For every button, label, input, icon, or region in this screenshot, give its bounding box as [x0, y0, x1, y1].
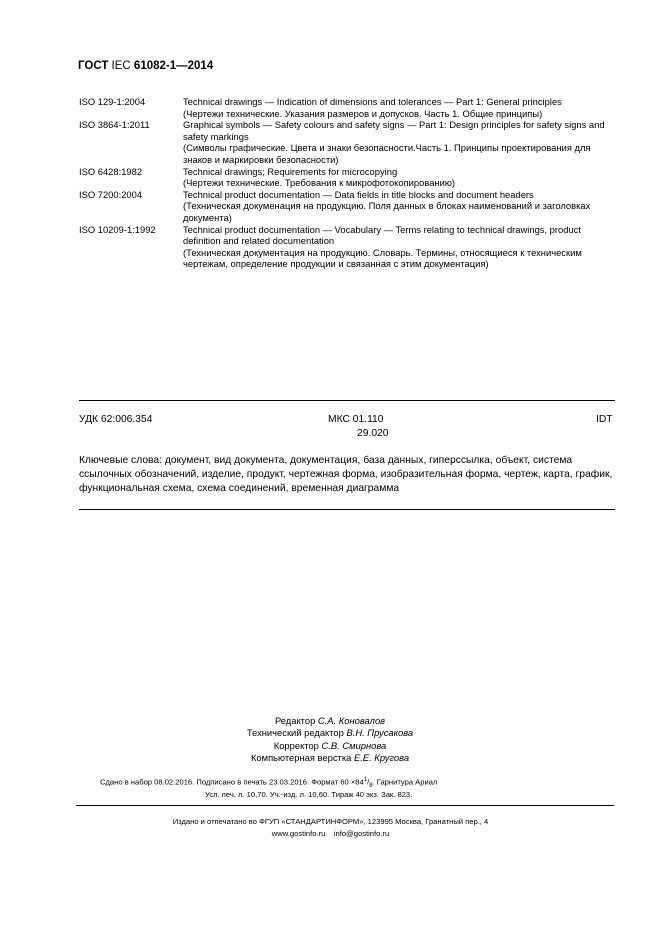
reference-row: ISO 3864-1:2011Graphical symbols — Safet…	[79, 119, 619, 165]
print-info-line1: Сдано в набор 08.02.2016. Подписано в пе…	[100, 777, 620, 789]
print-info-line2: Усл. печ. л. 10,70. Уч.-изд. л. 10,60. Т…	[205, 790, 412, 799]
credit-role: Редактор	[275, 715, 318, 726]
reference-title-en: Technical product documentation — Data f…	[183, 189, 619, 201]
reference-title-ru: (Техническая докуменация на продукцию. П…	[183, 200, 619, 223]
reference-title: Technical drawings — Indication of dimen…	[183, 96, 619, 119]
udk-code: УДК 62:006.354	[79, 414, 152, 425]
reference-code: ISO 10209-1:1992	[79, 224, 183, 270]
reference-row: ISO 7200:2004Technical product documenta…	[79, 189, 619, 224]
document-header: ГОСТ IEC 61082-1—2014	[78, 60, 213, 72]
reference-title: Technical product documentation — Vocabu…	[183, 224, 619, 270]
mks-code: МКС 01.110	[328, 414, 384, 425]
reference-title-en: Technical drawings — Indication of dimen…	[183, 96, 619, 108]
print-info-text: Сдано в набор 08.02.2016. Подписано в пе…	[100, 778, 364, 787]
reference-title-en: Technical product documentation — Vocabu…	[183, 224, 619, 247]
credit-role: Технический редактор	[247, 727, 347, 738]
normative-references: ISO 129-1:2004Technical drawings — Indic…	[79, 96, 619, 270]
reference-code: ISO 6428:1982	[79, 166, 183, 189]
reference-code: ISO 3864-1:2011	[79, 119, 183, 165]
credits: Редактор С.А. КоноваловТехнический редак…	[200, 715, 460, 764]
reference-title: Technical drawings; Requirements for mic…	[183, 166, 619, 189]
reference-title-ru: (Символы графические. Цвета и знаки безо…	[183, 142, 619, 165]
header-prefix: ГОСТ	[78, 60, 108, 72]
credit-name: С.В. Смирнова	[322, 740, 387, 751]
credit-line: Технический редактор В.Н. Прусакова	[200, 727, 460, 739]
divider-bottom	[76, 805, 614, 806]
keywords: Ключевые слова: документ, вид документа,…	[79, 454, 619, 497]
reference-row: ISO 6428:1982Technical drawings; Require…	[79, 166, 619, 189]
reference-row: ISO 10209-1:1992Technical product docume…	[79, 224, 619, 270]
reference-row: ISO 129-1:2004Technical drawings — Indic…	[79, 96, 619, 119]
divider-keywords	[79, 509, 615, 510]
credit-line: Компьютерная верстка Е.Е. Кругова	[200, 752, 460, 764]
reference-title-ru: (Техническая документация на продукцию. …	[183, 247, 619, 270]
format-sup: 1	[364, 777, 367, 783]
credit-role: Компьютерная верстка	[251, 752, 354, 763]
publisher-email[interactable]: info@gostinfo.ru	[334, 829, 389, 838]
header-number: 61082-1—2014	[134, 60, 213, 72]
mks-code-second: 29.020	[357, 428, 389, 439]
reference-title-ru: (Чертежи технические. Требования к микро…	[183, 177, 619, 189]
credit-name: С.А. Коновалов	[318, 715, 385, 726]
reference-code: ISO 7200:2004	[79, 189, 183, 224]
publisher-contacts: www.gostinfo.ru info@gostinfo.ru	[0, 829, 661, 838]
credit-line: Корректор С.В. Смирнова	[200, 740, 460, 752]
reference-code: ISO 129-1:2004	[79, 96, 183, 119]
publisher-website[interactable]: www.gostinfo.ru	[272, 829, 326, 838]
print-info-tail: . Гарнитура Ариал	[373, 778, 438, 787]
credit-line: Редактор С.А. Коновалов	[200, 715, 460, 727]
credit-role: Корректор	[274, 740, 322, 751]
reference-title: Graphical symbols — Safety colours and s…	[183, 119, 619, 165]
header-middle: IEC	[108, 60, 134, 72]
publisher-address: Издано и отпечатано во ФГУП «СТАНДАРТИНФ…	[0, 817, 661, 826]
reference-title-en: Technical drawings; Requirements for mic…	[183, 166, 619, 178]
credit-name: В.Н. Прусакова	[346, 727, 413, 738]
credit-name: Е.Е. Кругова	[354, 752, 409, 763]
reference-title: Technical product documentation — Data f…	[183, 189, 619, 224]
idt-label: IDT	[596, 414, 613, 425]
reference-title-en: Graphical symbols — Safety colours and s…	[183, 119, 619, 142]
divider-top	[79, 400, 615, 401]
reference-title-ru: (Чертежи технические. Указания размеров …	[183, 108, 619, 120]
